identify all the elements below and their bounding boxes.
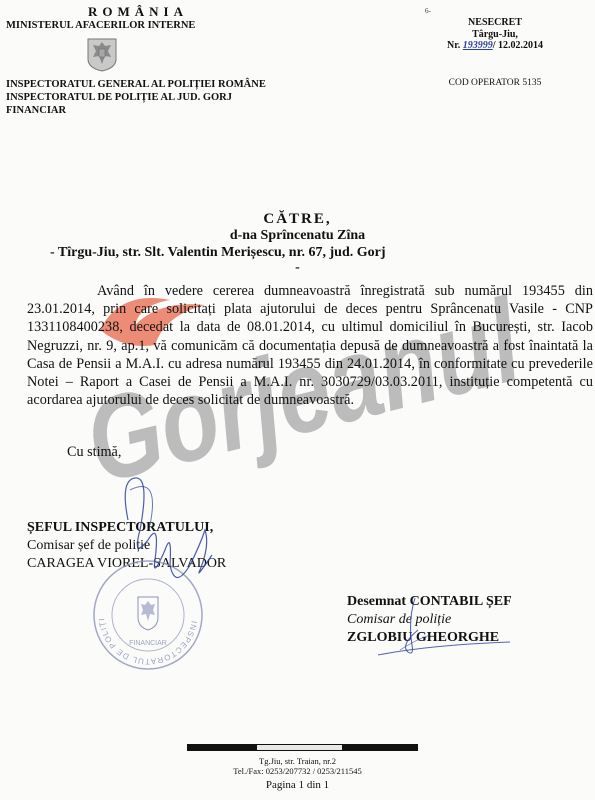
page-number: Pagina 1 din 1 bbox=[0, 779, 595, 791]
operator-code: COD OPERATOR 5135 bbox=[420, 78, 570, 88]
institution-line: INSPECTORATUL GENERAL AL POLIȚIEI ROMÂNE bbox=[6, 78, 266, 91]
registration-number: 193999 bbox=[463, 40, 493, 51]
registration-line: Nr. 193999/ 12.02.2014 bbox=[420, 40, 570, 52]
footer-address: Tg.Jiu, str. Traian, nr.2 bbox=[0, 756, 595, 766]
institution-line: FINANCIAR bbox=[6, 104, 266, 117]
official-round-stamp-icon: INSPECTORATUL DE POLIȚIE JUDEȚEAN FINANC… bbox=[88, 555, 208, 675]
signatory-rank: Comisar șef de poliție bbox=[27, 537, 226, 555]
registration-block: NESECRET Târgu-Jiu, Nr. 193999/ 12.02.20… bbox=[420, 17, 570, 52]
greeting: Cu stimă, bbox=[67, 444, 121, 461]
ministry-heading: MINISTERUL AFACERILOR INTERNE bbox=[6, 20, 195, 31]
signatory-title: ȘEFUL INSPECTORATULUI, bbox=[27, 519, 226, 537]
signatory-rank: Comisar de poliție bbox=[347, 611, 512, 629]
country-heading: ROMÂNIA bbox=[88, 4, 188, 20]
city-label: Târgu-Jiu, bbox=[420, 29, 570, 41]
signature-block-accountant: Desemnat CONTABIL ȘEF Comisar de poliție… bbox=[347, 593, 512, 647]
addressee-name: d-na Sprîncenatu Zîna bbox=[0, 228, 595, 244]
addressee-separator: - bbox=[0, 260, 595, 276]
footer-divider bbox=[187, 744, 418, 751]
institution-block: INSPECTORATUL GENERAL AL POLIȚIEI ROMÂNE… bbox=[6, 78, 266, 117]
footer-phone: Tel./Fax: 0253/207732 / 0253/211545 bbox=[0, 766, 595, 776]
footer-contact: Tg.Jiu, str. Traian, nr.2 Tel./Fax: 0253… bbox=[0, 756, 595, 776]
svg-text:FINANCIAR: FINANCIAR bbox=[129, 640, 167, 647]
registration-date: / 12.02.2014 bbox=[493, 40, 543, 51]
classification-label: NESECRET bbox=[420, 17, 570, 29]
addressee-address: - Tîrgu-Jiu, str. Slt. Valentin Merișesc… bbox=[50, 245, 595, 261]
letter-body: Având în vedere cererea dumneavoastră în… bbox=[27, 282, 593, 409]
corner-mark: 6- bbox=[425, 7, 431, 15]
institution-line: INSPECTORATUL DE POLIȚIE AL JUD. GORJ bbox=[6, 91, 266, 104]
romanian-coat-of-arms-icon bbox=[86, 37, 118, 72]
addressee-title: CĂTRE, bbox=[0, 211, 595, 228]
signatory-name: CARAGEA VIOREL-SALVADOR bbox=[27, 555, 226, 573]
number-prefix: Nr. bbox=[447, 40, 460, 51]
signatory-title: Desemnat CONTABIL ȘEF bbox=[347, 593, 512, 611]
signature-block-chief: ȘEFUL INSPECTORATULUI, Comisar șef de po… bbox=[27, 519, 226, 573]
signatory-name: ZGLOBIU GHEORGHE bbox=[347, 629, 512, 647]
